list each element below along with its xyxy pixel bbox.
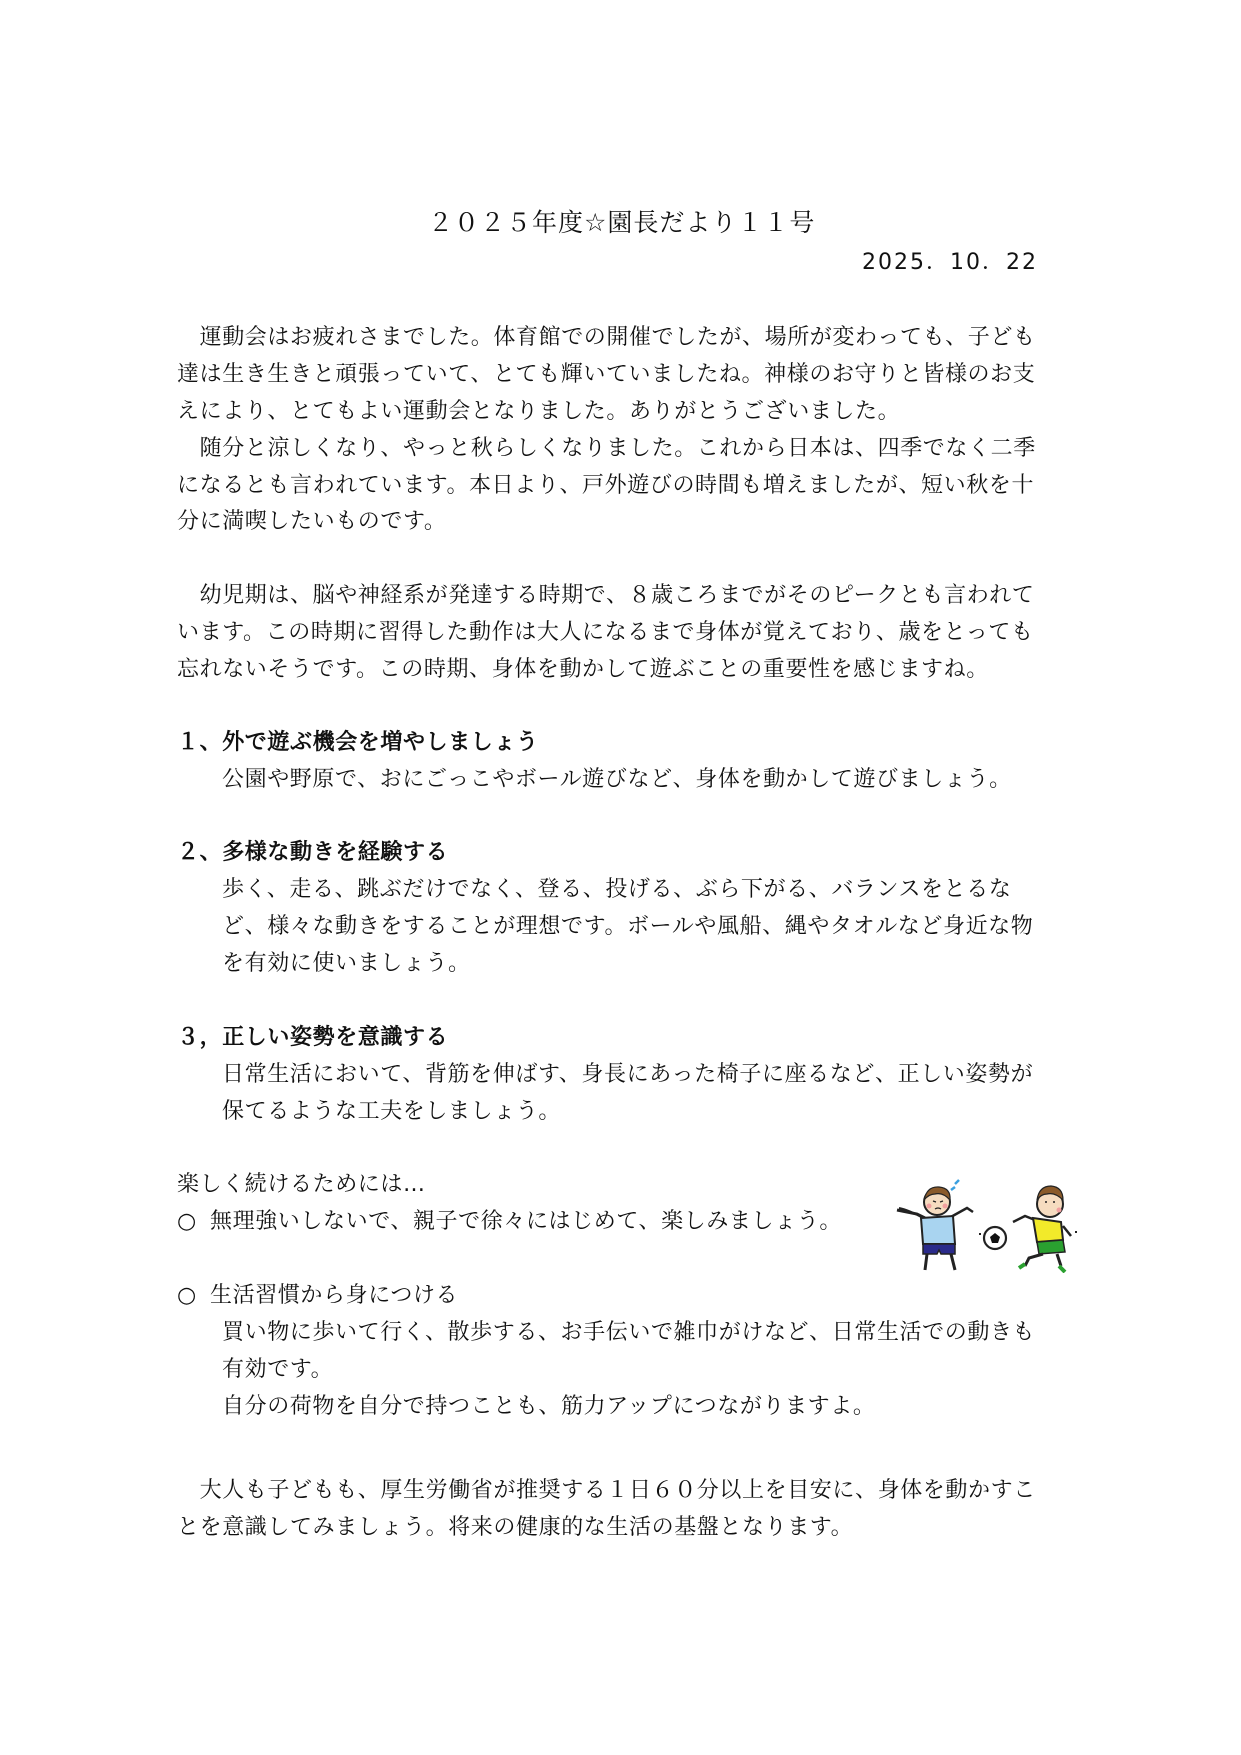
section-body-line: を有効に使いましょう。 xyxy=(222,951,471,977)
paragraph-line: 達は生き生きと頑張っていて、とても輝いていましたね。神様のお守りと皆様のお支 xyxy=(177,362,1035,388)
paragraph-line: 幼児期は、脳や神経系が発達する時期で、８歳ころまでがそのピークとも言われて xyxy=(177,583,1034,609)
paragraph-line: 大人も子どもも、厚生労働省が推奨する１日６０分以上を目安に、身体を動かすこ xyxy=(177,1478,1036,1504)
tip-body-line: 有効です。 xyxy=(222,1357,333,1383)
paragraph-line: えにより、とてもよい運動会となりました。ありがとうございました。 xyxy=(177,399,900,425)
document-date: 2025．10．22 xyxy=(862,250,1038,276)
section-body-line: 日常生活において、背筋を伸ばす、身長にあった椅子に座るなど、正しい姿勢が xyxy=(222,1062,1033,1088)
bullet-circle-icon: ○ xyxy=(177,1283,197,1309)
section-body-line: ど、様々な動きをすることが理想です。ボールや風船、縄やタオルなど身近な物 xyxy=(222,914,1033,940)
paragraph-line: います。この時期に習得した動作は大人になるまで身体が覚えており、歳をとっても xyxy=(177,620,1034,646)
section-heading: １、外で遊ぶ機会を増やしましょう xyxy=(177,730,539,756)
paragraph-line: 運動会はお疲れさまでした。体育館での開催でしたが、場所が変わっても、子ども xyxy=(177,325,1036,351)
paragraph-line: とを意識してみましょう。将来の健康的な生活の基盤となります。 xyxy=(177,1515,853,1541)
tip-body-line: 買い物に歩いて行く、散歩する、お手伝いで雑巾がけなど、日常生活での動きも xyxy=(222,1320,1035,1346)
boy-right-figure xyxy=(1013,1186,1077,1272)
children-playing-soccer-illustration xyxy=(895,1178,1085,1273)
paragraph-line: になるとも言われています。本日より、戸外遊びの時間も増えましたが、短い秋を十 xyxy=(177,473,1034,499)
boy-left-figure xyxy=(897,1180,973,1270)
paragraph-line: 随分と涼しくなり、やっと秋らしくなりました。これから日本は、四季でなく二季 xyxy=(177,436,1036,462)
tip-text: 生活習慣から身につける xyxy=(210,1283,458,1309)
bullet-circle-icon: ○ xyxy=(177,1209,197,1235)
section-heading: ２、多様な動きを経験する xyxy=(177,840,448,866)
paragraph-line: 忘れないそうです。この時期、身体を動かして遊ぶことの重要性を感じますね。 xyxy=(177,657,989,683)
tips-heading: 楽しく続けるためには… xyxy=(177,1172,426,1198)
section-heading: ３，正しい姿勢を意識する xyxy=(177,1025,448,1051)
paragraph-line: 分に満喫したいものです。 xyxy=(177,509,446,535)
document-title: ２０２５年度☆園長だより１１号 xyxy=(428,210,815,236)
soccer-ball-icon xyxy=(979,1227,1006,1249)
tip-body-line: 自分の荷物を自分で持つことも、筋力アップにつながりますよ。 xyxy=(222,1394,875,1420)
tip-text: 無理強いしないで、親子で徐々にはじめて、楽しみましょう。 xyxy=(210,1209,842,1235)
section-body-line: 公園や野原で、おにごっこやボール遊びなど、身体を動かして遊びましょう。 xyxy=(222,767,1012,793)
newsletter-page: ２０２５年度☆園長だより１１号 2025．10．22 運動会はお疲れさまでした。… xyxy=(0,0,1241,1755)
section-body-line: 歩く、走る、跳ぶだけでなく、登る、投げる、ぶら下がる、バランスをとるな xyxy=(222,877,1011,903)
section-body-line: 保てるような工夫をしましょう。 xyxy=(222,1099,561,1125)
